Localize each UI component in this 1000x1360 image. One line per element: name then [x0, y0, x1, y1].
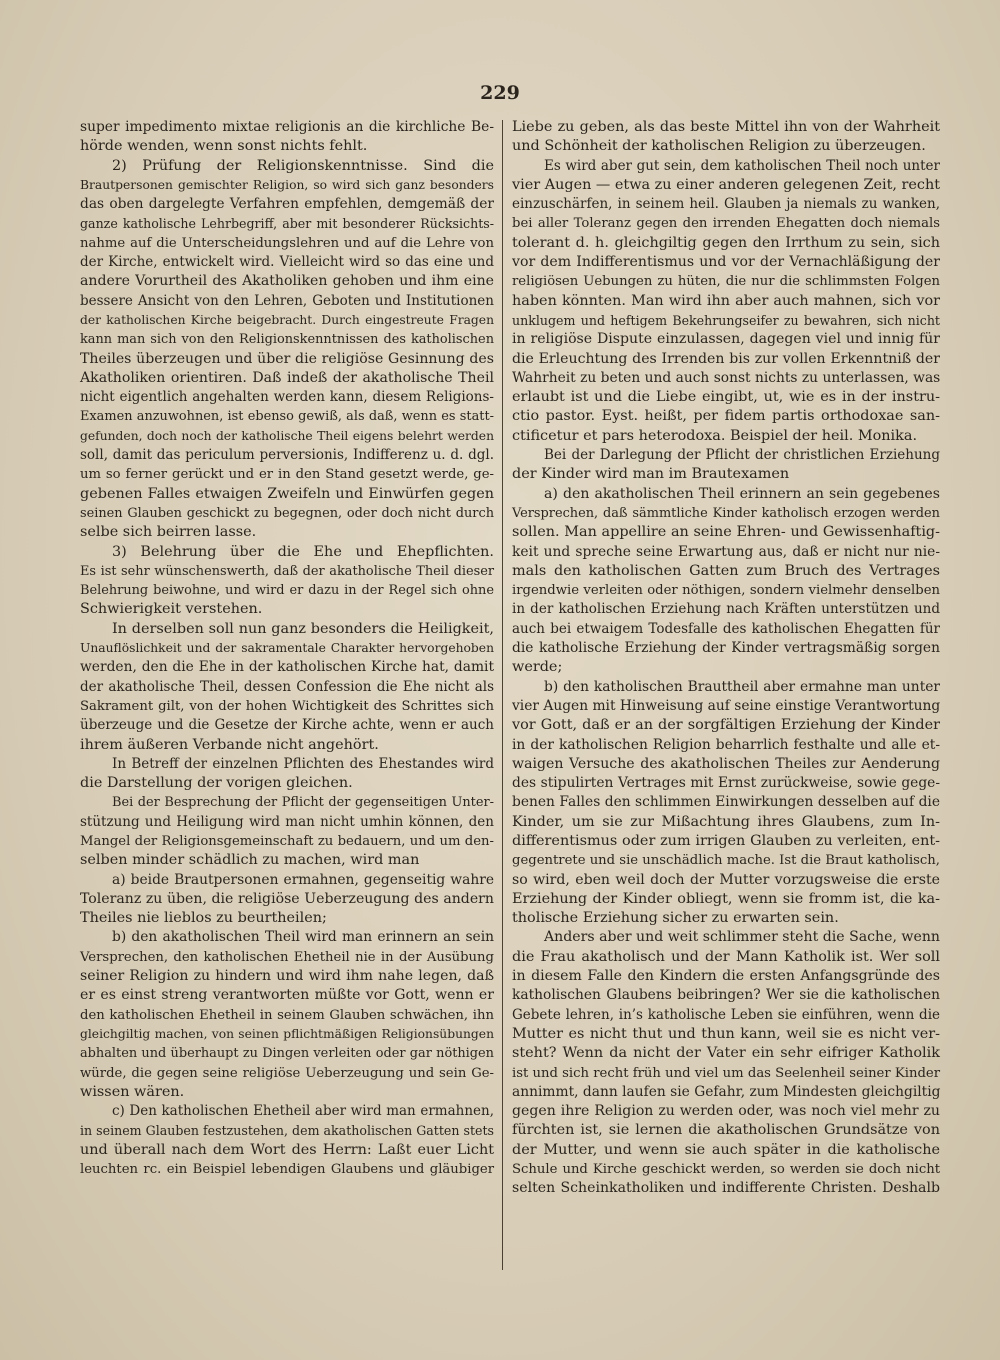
text-line: leuchten rc. ein Beispiel lebendigen Gla… — [80, 1160, 494, 1179]
text-line: Erziehung der Kinder obliegt, wenn sie f… — [512, 890, 940, 909]
text-line: überzeuge und die Gesetze der Kirche ach… — [80, 716, 494, 735]
text-line: Theiles nie lieblos zu beurtheilen; — [80, 909, 494, 928]
text-line: wissen wären. — [80, 1083, 494, 1102]
text-line: ctificetur et pars heterodoxa. Beispiel … — [512, 427, 940, 446]
text-line: der Kirche, entwickelt wird. Vielleicht … — [80, 253, 494, 272]
text-line: bessere Ansicht von den Lehren, Geboten … — [80, 292, 494, 311]
text-line: Anders aber und weit schlimmer steht die… — [512, 928, 940, 947]
text-line: gebenen Falles etwaigen Zweifeln und Ein… — [80, 485, 494, 504]
text-line: Es ist sehr wünschenswerth, daß der akat… — [80, 562, 494, 581]
text-line: b) den katholischen Brauttheil aber erma… — [512, 678, 940, 697]
text-line: Toleranz zu üben, die religiöse Ueberzeu… — [80, 890, 494, 909]
text-line: die Frau akatholisch und der Mann Kathol… — [512, 948, 940, 967]
text-line: Schule und Kirche geschickt werden, so w… — [512, 1160, 940, 1179]
text-line: nahme auf die Unterscheidungslehren und … — [80, 234, 494, 253]
text-line: In derselben soll nun ganz besonders die… — [80, 620, 494, 639]
text-line: den katholischen Ehetheil in seinem Glau… — [80, 1006, 494, 1025]
text-line: erlaubt ist und die Liebe eingibt, ut, w… — [512, 388, 940, 407]
text-line: würde, die gegen seine religiöse Ueberze… — [80, 1064, 494, 1083]
text-line: Wahrheit zu beten und auch sonst nichts … — [512, 369, 940, 388]
text-line: und Schönheit der katholischen Religion … — [512, 137, 940, 156]
text-line: um so ferner gerückt und er in den Stand… — [80, 465, 494, 484]
text-line: werde; — [512, 658, 940, 677]
text-line: einzuschärfen, in seinem heil. Glauben j… — [512, 195, 940, 214]
text-line: haben könnten. Man wird ihn aber auch ma… — [512, 292, 940, 311]
text-line: in der katholischen Religion beharrlich … — [512, 736, 940, 755]
text-line: Akatholiken orientiren. Daß indeß der ak… — [80, 369, 494, 388]
text-line: und überall nach dem Wort des Herrn: Laß… — [80, 1141, 494, 1160]
text-line: katholischen Glaubens beibringen? Wer si… — [512, 986, 940, 1005]
text-line: bei aller Toleranz gegen den irrenden Eh… — [512, 214, 940, 233]
text-line: Bei der Besprechung der Pflicht der gege… — [80, 793, 494, 812]
text-line: selbe sich beirren lasse. — [80, 523, 494, 542]
text-line: werden, den die Ehe in der katholischen … — [80, 658, 494, 677]
text-line: seiner Religion zu hindern und wird ihm … — [80, 967, 494, 986]
text-line: der akatholische Theil, dessen Confessio… — [80, 678, 494, 697]
text-line: vor dem Indifferentismus und vor der Ver… — [512, 253, 940, 272]
text-line: tholische Erziehung sicher zu erwarten s… — [512, 909, 940, 928]
text-line: Schwierigkeit verstehen. — [80, 600, 494, 619]
column-divider — [502, 120, 503, 1270]
text-line: die Erleuchtung des Irrenden bis zur vol… — [512, 350, 940, 369]
text-line: das oben dargelegte Verfahren empfehlen,… — [80, 195, 494, 214]
text-line: Belehrung beiwohne, und wird er dazu in … — [80, 581, 494, 600]
text-line: nicht eigentlich angehalten werden kann,… — [80, 388, 494, 407]
text-line: a) den akatholischen Theil erinnern an s… — [512, 485, 940, 504]
text-line: der katholischen Kirche beigebracht. Dur… — [80, 311, 494, 330]
text-line: selben minder schädlich zu machen, wird … — [80, 851, 494, 870]
text-line: Versprechen, daß sämmtliche Kinder katho… — [512, 504, 940, 523]
text-line: Mutter es nicht thut und thun kann, weil… — [512, 1025, 940, 1044]
text-line: Bei der Darlegung der Pflicht der christ… — [512, 446, 940, 465]
text-line: ctio pastor. Eyst. heißt, per fidem part… — [512, 407, 940, 426]
text-line: in religiöse Dispute einzulassen, dagege… — [512, 330, 940, 349]
text-line: irgendwie verleiten oder nöthigen, sonde… — [512, 581, 940, 600]
text-line: er es einst streng verantworten müßte vo… — [80, 986, 494, 1005]
text-line: Liebe zu geben, als das beste Mittel ihn… — [512, 118, 940, 137]
text-line: der Kinder wird man im Brautexamen — [512, 465, 940, 484]
text-line: des stipulirten Vertrages mit Ernst zurü… — [512, 774, 940, 793]
text-line: vor Gott, daß er an der sorgfältigen Erz… — [512, 716, 940, 735]
text-line: auch bei etwaigem Todesfalle des katholi… — [512, 620, 940, 639]
text-line: ist und sich recht früh und viel um das … — [512, 1064, 940, 1083]
text-line: annimmt, dann laufen sie Gefahr, zum Min… — [512, 1083, 940, 1102]
text-line: in seinem Glauben festzustehen, dem akat… — [80, 1121, 494, 1140]
text-line: sollen. Man appellire an seine Ehren- un… — [512, 523, 940, 542]
book-page: 229 super impedimento mixtae religionis … — [0, 0, 1000, 1360]
text-line: b) den akatholischen Theil wird man erin… — [80, 928, 494, 947]
text-line: gefunden, doch noch der katholische Thei… — [80, 427, 494, 446]
text-line: super impedimento mixtae religionis an d… — [80, 118, 494, 137]
text-line: steht? Wenn da nicht der Vater ein sehr … — [512, 1044, 940, 1063]
text-line: Sakrament gilt, von der hohen Wichtigkei… — [80, 697, 494, 716]
text-line: ihrem äußeren Verbande nicht angehört. — [80, 736, 494, 755]
text-line: gegentrete und sie unschädlich mache. Is… — [512, 851, 940, 870]
text-line: a) beide Brautpersonen ermahnen, gegense… — [80, 871, 494, 890]
text-line: selten Scheinkatholiken und indifferente… — [512, 1179, 940, 1198]
text-line: Versprechen, den katholischen Ehetheil n… — [80, 948, 494, 967]
text-line: der Mutter, und wenn sie auch später in … — [512, 1141, 940, 1160]
text-line: vier Augen — etwa zu einer anderen geleg… — [512, 176, 940, 195]
text-line: Examen anzuwohnen, ist ebenso gewiß, als… — [80, 407, 494, 426]
text-line: Mangel der Religionsgemeinschaft zu beda… — [80, 832, 494, 851]
text-line: hörde wenden, wenn sonst nichts fehlt. — [80, 137, 494, 156]
text-line: unklugem und heftigem Bekehrungseifer zu… — [512, 311, 940, 330]
text-line: ganze katholische Lehrbegriff, aber mit … — [80, 214, 494, 233]
text-line: religiösen Uebungen zu hüten, die nur di… — [512, 272, 940, 291]
text-line: waigen Versuche des akatholischen Theile… — [512, 755, 940, 774]
page-number: 229 — [0, 82, 1000, 104]
text-line: gleichgiltig machen, von seinen pflichtm… — [80, 1025, 494, 1044]
text-line: kann man sich von den Religionskenntniss… — [80, 330, 494, 349]
text-line: abhalten und überhaupt zu Dingen verleit… — [80, 1044, 494, 1063]
text-line: Theiles überzeugen und über die religiös… — [80, 350, 494, 369]
text-line: vier Augen mit Hinweisung auf seine eins… — [512, 697, 940, 716]
text-line: gegen ihre Religion zu werden oder, was … — [512, 1102, 940, 1121]
text-line: stützung und Heiligung wird man nicht um… — [80, 813, 494, 832]
text-line: die katholische Erziehung der Kinder ver… — [512, 639, 940, 658]
text-line: in diesem Falle den Kindern die ersten A… — [512, 967, 940, 986]
text-line: tolerant d. h. gleichgiltig gegen den Ir… — [512, 234, 940, 253]
right-text-column: Liebe zu geben, als das beste Mittel ihn… — [512, 118, 940, 1199]
text-line: fürchten ist, sie lernen die akatholisch… — [512, 1121, 940, 1140]
text-line: In Betreff der einzelnen Pflichten des E… — [80, 755, 494, 774]
text-line: differentismus oder zum irrigen Glauben … — [512, 832, 940, 851]
text-line: Gebete lehren, in’s katholische Leben si… — [512, 1006, 940, 1025]
text-line: in der katholischen Erziehung nach Kräft… — [512, 600, 940, 619]
text-line: 2) Prüfung der Religionskenntnisse. Sind… — [80, 157, 494, 176]
text-line: keit und spreche seine Erwartung aus, da… — [512, 543, 940, 562]
text-line: soll, damit das periculum perversionis, … — [80, 446, 494, 465]
text-line: Kinder, um sie zur Mißachtung ihres Glau… — [512, 813, 940, 832]
text-line: andere Vorurtheil des Akatholiken gehobe… — [80, 272, 494, 291]
text-line: 3) Belehrung über die Ehe und Ehepflicht… — [80, 543, 494, 562]
text-line: Brautpersonen gemischter Religion, so wi… — [80, 176, 494, 195]
text-line: benen Falles den schlimmen Einwirkungen … — [512, 793, 940, 812]
text-line: so wird, eben weil doch der Mutter vorzu… — [512, 871, 940, 890]
text-line: Unauflöslichkeit und der sakramentale Ch… — [80, 639, 494, 658]
left-text-column: super impedimento mixtae religionis an d… — [80, 118, 494, 1179]
text-line: Es wird aber gut sein, dem katholischen … — [512, 157, 940, 176]
text-line: c) Den katholischen Ehetheil aber wird m… — [80, 1102, 494, 1121]
text-line: seinen Glauben geschickt zu begegnen, od… — [80, 504, 494, 523]
text-line: mals den katholischen Gatten zum Bruch d… — [512, 562, 940, 581]
text-line: die Darstellung der vorigen gleichen. — [80, 774, 494, 793]
